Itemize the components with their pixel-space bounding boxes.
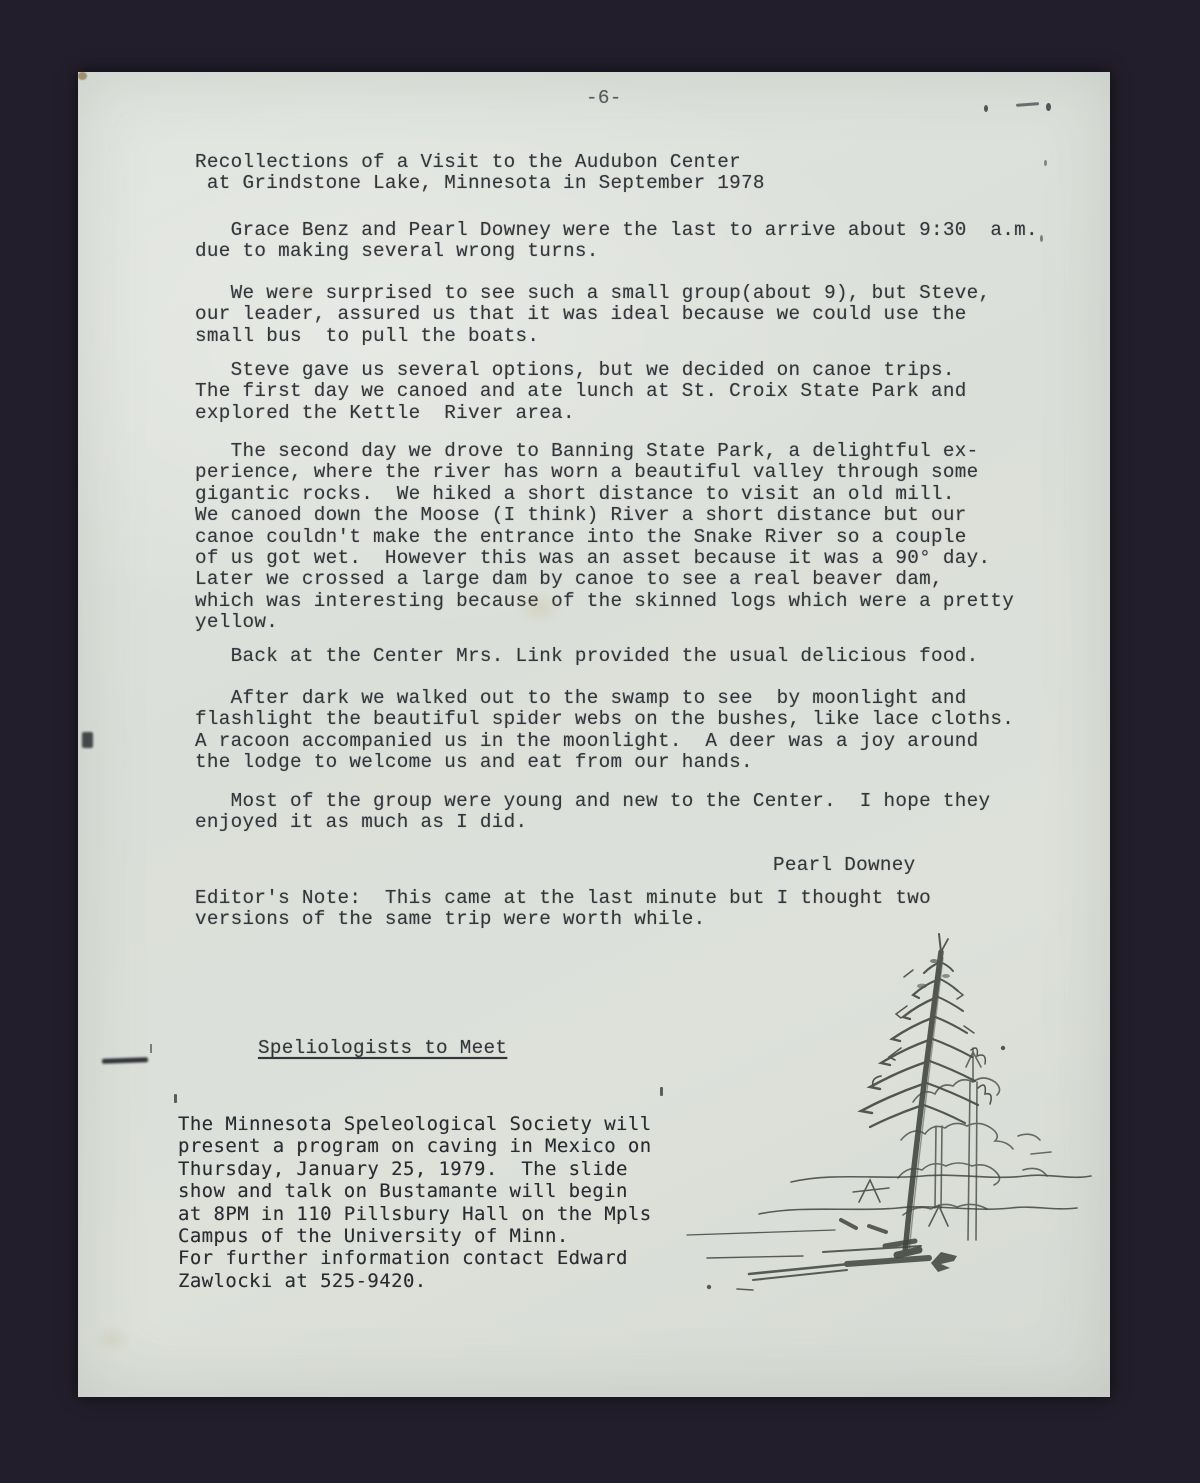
ground-and-logs-sketch: [687, 1175, 1091, 1290]
article2-heading: Speliologists to Meet: [258, 1038, 507, 1059]
article1-paragraph-5: Back at the Center Mrs. Link provided th…: [195, 646, 978, 667]
pine-trees-illustration: [673, 930, 1113, 1320]
editors-note: Editor's Note: This came at the last min…: [195, 888, 931, 931]
stray-apostrophe: [174, 1094, 177, 1103]
pencil-dash: [1016, 102, 1039, 106]
article1-paragraph-2: We were surprised to see such a small gr…: [195, 283, 990, 347]
paper-stain-speck: [78, 72, 87, 80]
article1-paragraph-3: Steve gave us several options, but we de…: [195, 360, 967, 424]
pencil-speck: [984, 105, 988, 112]
paper-stain: [516, 590, 564, 626]
ink-tick: [150, 1044, 152, 1053]
edge-mark: [82, 732, 93, 748]
newsletter-page: -6- Recollections of a Visit to the Audu…: [78, 72, 1110, 1397]
author-signature: Pearl Downey: [773, 855, 915, 876]
pencil-speck: [1044, 160, 1047, 166]
article1-title: Recollections of a Visit to the Audubon …: [195, 152, 765, 195]
article1-paragraph-4: The second day we drove to Banning State…: [195, 441, 1014, 634]
article1-paragraph-1: Grace Benz and Pearl Downey were the las…: [195, 220, 1038, 263]
ink-smudge: [102, 1057, 148, 1064]
article2-body: The Minnesota Speleological Society will…: [178, 1113, 652, 1292]
paper-stain: [292, 284, 314, 302]
article1-paragraph-7: Most of the group were young and new to …: [195, 791, 990, 834]
pencil-speck: [1040, 235, 1043, 242]
paper-stain: [92, 1324, 132, 1354]
stray-apostrophe: [660, 1087, 663, 1096]
article1-paragraph-6: After dark we walked out to the swamp to…: [195, 688, 1014, 774]
pencil-speck: [1046, 103, 1051, 111]
page-number: -6-: [586, 88, 622, 109]
